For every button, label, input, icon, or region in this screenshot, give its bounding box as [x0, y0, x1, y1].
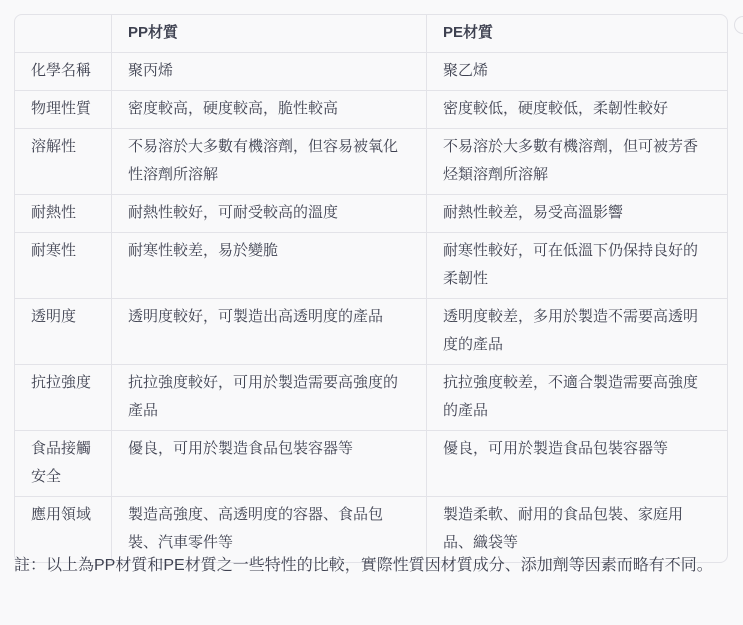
header-row: PP材質 PE材質 [15, 15, 727, 52]
pe-cell: 透明度較差，多用於製造不需要高透明度的產品 [426, 298, 727, 364]
cutoff-edge-element [734, 16, 743, 34]
pp-cell: 不易溶於大多數有機溶劑，但容易被氧化性溶劑所溶解 [111, 128, 426, 194]
pe-cell: 密度較低，硬度較低，柔韌性較好 [426, 90, 727, 128]
table-row: 耐熱性 耐熱性較好，可耐受較高的溫度 耐熱性較差，易受高溫影響 [15, 194, 727, 232]
pe-cell: 耐寒性較好，可在低溫下仍保持良好的柔韌性 [426, 232, 727, 298]
pp-cell: 聚丙烯 [111, 52, 426, 90]
row-label: 物理性質 [15, 90, 111, 128]
header-cell-pp: PP材質 [111, 15, 426, 52]
pe-cell: 抗拉強度較差，不適合製造需要高強度的產品 [426, 364, 727, 430]
row-label: 耐熱性 [15, 194, 111, 232]
pe-cell: 優良，可用於製造食品包裝容器等 [426, 430, 727, 496]
pe-cell: 聚乙烯 [426, 52, 727, 90]
row-label: 耐寒性 [15, 232, 111, 298]
footnote: 註：以上為PP材質和PE材質之一些特性的比較，實際性質因材質成分、添加劑等因素而… [14, 550, 730, 581]
pp-cell: 耐寒性較差，易於變脆 [111, 232, 426, 298]
header-cell-pe: PE材質 [426, 15, 727, 52]
table-row: 透明度 透明度較好，可製造出高透明度的產品 透明度較差，多用於製造不需要高透明度… [15, 298, 727, 364]
header-cell-empty [15, 15, 111, 52]
pe-cell: 耐熱性較差，易受高溫影響 [426, 194, 727, 232]
row-label: 透明度 [15, 298, 111, 364]
row-label: 食品接觸安全 [15, 430, 111, 496]
row-label: 抗拉強度 [15, 364, 111, 430]
comparison-table: PP材質 PE材質 化學名稱 聚丙烯 聚乙烯 物理性質 密度較高，硬度較高，脆性… [14, 14, 728, 563]
pp-cell: 耐熱性較好，可耐受較高的溫度 [111, 194, 426, 232]
pp-cell: 抗拉強度較好，可用於製造需要高強度的產品 [111, 364, 426, 430]
pe-cell: 不易溶於大多數有機溶劑，但可被芳香烃類溶劑所溶解 [426, 128, 727, 194]
row-label: 溶解性 [15, 128, 111, 194]
table-row: 食品接觸安全 優良，可用於製造食品包裝容器等 優良，可用於製造食品包裝容器等 [15, 430, 727, 496]
table-row: 物理性質 密度較高，硬度較高，脆性較高 密度較低，硬度較低，柔韌性較好 [15, 90, 727, 128]
pp-cell: 優良，可用於製造食品包裝容器等 [111, 430, 426, 496]
pp-pe-table: PP材質 PE材質 化學名稱 聚丙烯 聚乙烯 物理性質 密度較高，硬度較高，脆性… [15, 15, 727, 562]
table-row: 化學名稱 聚丙烯 聚乙烯 [15, 52, 727, 90]
pp-cell: 密度較高，硬度較高，脆性較高 [111, 90, 426, 128]
table-row: 溶解性 不易溶於大多數有機溶劑，但容易被氧化性溶劑所溶解 不易溶於大多數有機溶劑… [15, 128, 727, 194]
table-row: 耐寒性 耐寒性較差，易於變脆 耐寒性較好，可在低溫下仍保持良好的柔韌性 [15, 232, 727, 298]
row-label: 化學名稱 [15, 52, 111, 90]
pp-cell: 透明度較好，可製造出高透明度的產品 [111, 298, 426, 364]
table-row: 抗拉強度 抗拉強度較好，可用於製造需要高強度的產品 抗拉強度較差，不適合製造需要… [15, 364, 727, 430]
